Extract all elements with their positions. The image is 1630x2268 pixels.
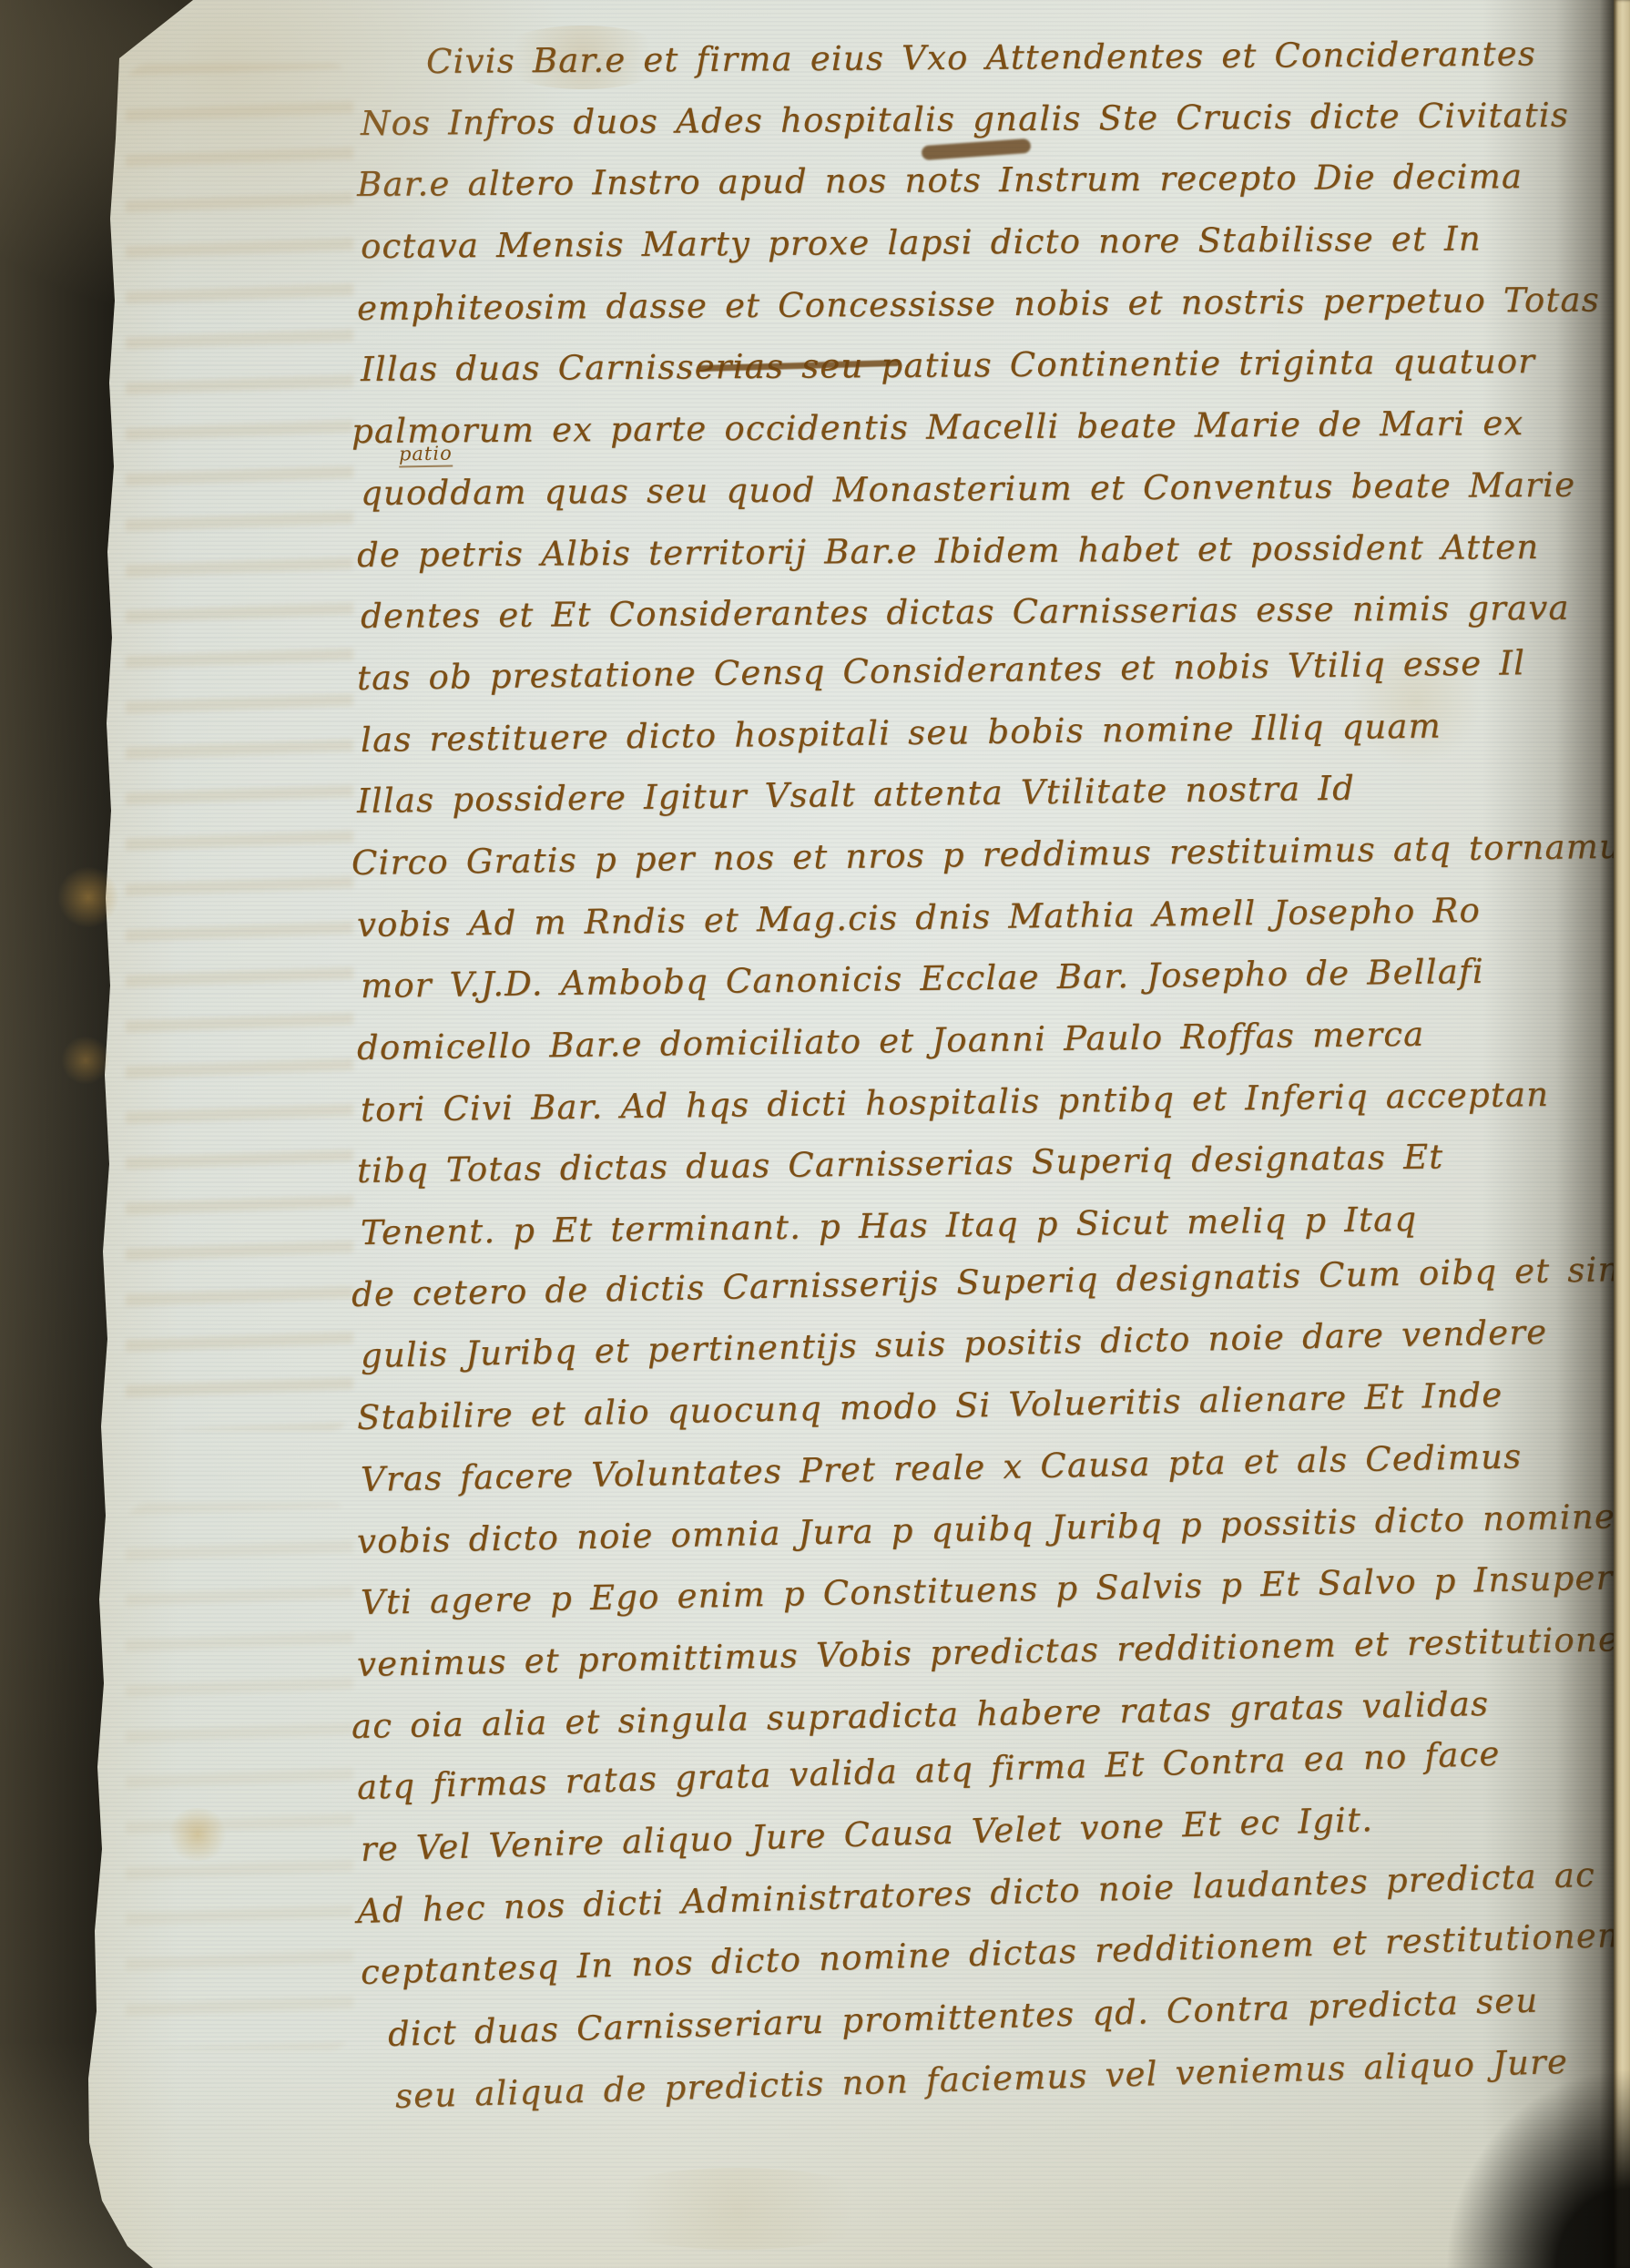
manuscript-line: Illas duas Carnisserias seu patius Conti… xyxy=(361,331,1605,401)
manuscript-line: Civis Bar.e et firma eius Vxo Attendente… xyxy=(426,23,1605,93)
manuscript-text-block: Civis Bar.e et firma eius Vxo Attendente… xyxy=(357,31,1605,2127)
manuscript-line: emphiteosim dasse et Concessisse nobis e… xyxy=(357,269,1605,339)
manuscript-line: palmorum ex parte occidentis Macelli bea… xyxy=(351,393,1605,463)
manuscript-line: octava Mensis Marty proxe lapsi dicto no… xyxy=(361,208,1605,278)
ink-bleed-through xyxy=(126,1503,353,2049)
manuscript-line: de petris Albis territorij Bar.e Ibidem … xyxy=(357,516,1605,586)
manuscript-line: quoddam quas seu quod Monasterium et Con… xyxy=(361,454,1605,524)
adjacent-page-edge xyxy=(1614,0,1630,2268)
interline-insertion: patio xyxy=(399,442,453,467)
ink-bleed-through xyxy=(126,64,353,1430)
